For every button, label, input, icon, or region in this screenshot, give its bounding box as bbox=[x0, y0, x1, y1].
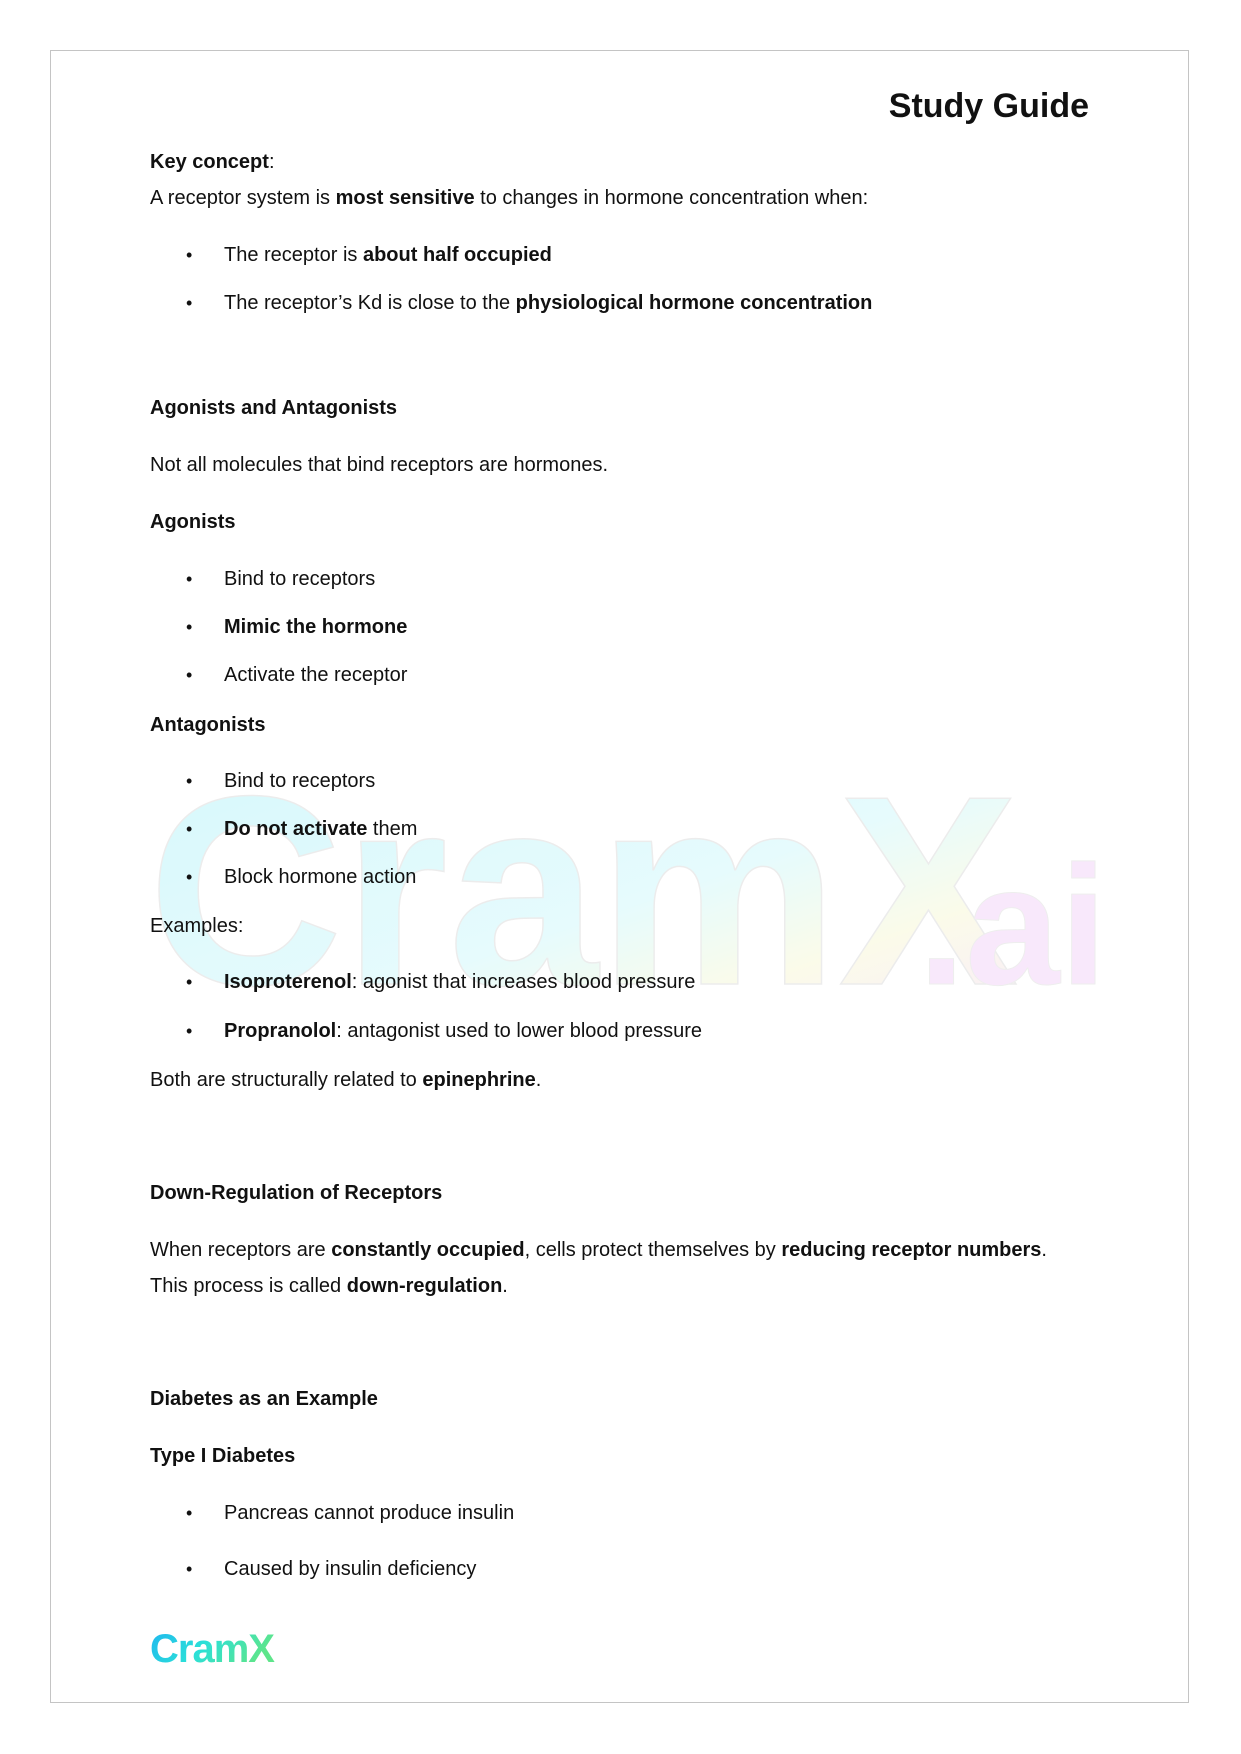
closing-statement: Both are structurally related to epineph… bbox=[150, 1068, 541, 1092]
down-regulation-line-2: This process is called down-regulation. bbox=[150, 1274, 508, 1298]
section-intro: Not all molecules that bind receptors ar… bbox=[150, 453, 608, 477]
bullet-icon: • bbox=[186, 970, 192, 994]
subheading-type-1-diabetes: Type I Diabetes bbox=[150, 1444, 295, 1468]
bullet-icon: • bbox=[186, 243, 192, 267]
bullet-icon: • bbox=[186, 1019, 192, 1043]
bullet-icon: • bbox=[186, 615, 192, 639]
down-regulation-line-1: When receptors are constantly occupied, … bbox=[150, 1238, 1047, 1262]
svg-text:CramX: CramX bbox=[150, 1627, 275, 1671]
page-title: Study Guide bbox=[889, 87, 1089, 126]
key-concept-label: Key concept: bbox=[150, 150, 275, 174]
bullet-icon: • bbox=[186, 769, 192, 793]
cramx-logo: CramX bbox=[150, 1622, 298, 1672]
section-heading-down-regulation: Down-Regulation of Receptors bbox=[150, 1181, 442, 1205]
bullet-icon: • bbox=[186, 1501, 192, 1525]
subheading-agonists: Agonists bbox=[150, 510, 236, 534]
section-heading-diabetes: Diabetes as an Example bbox=[150, 1387, 378, 1411]
key-concept-intro: A receptor system is most sensitive to c… bbox=[150, 186, 868, 210]
bullet-icon: • bbox=[186, 291, 192, 315]
bullet-icon: • bbox=[186, 817, 192, 841]
subheading-antagonists: Antagonists bbox=[150, 713, 266, 737]
bullet-icon: • bbox=[186, 1557, 192, 1581]
examples-label: Examples: bbox=[150, 914, 243, 938]
bullet-icon: • bbox=[186, 663, 192, 687]
bullet-icon: • bbox=[186, 567, 192, 591]
section-heading-agonists-antagonists: Agonists and Antagonists bbox=[150, 396, 397, 420]
bullet-icon: • bbox=[186, 865, 192, 889]
